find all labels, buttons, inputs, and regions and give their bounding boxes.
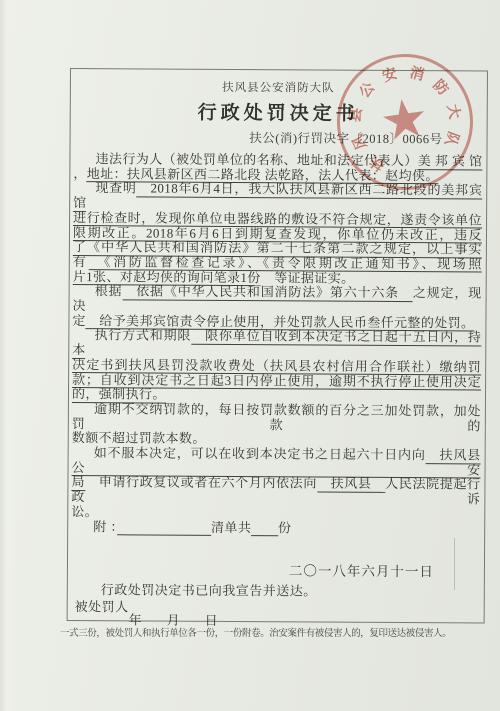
form-text: 根据: [95, 283, 123, 298]
filled-blank-text: [251, 520, 278, 537]
body-line: 逾期不交纳罚款的，每日按罚款数额的百分之三加处罚款，加处罚款的: [72, 402, 481, 434]
form-text: 附 ：: [93, 519, 117, 534]
form-text: 份: [278, 520, 291, 535]
form-text: 讼。: [71, 504, 98, 519]
body-line: 局 申请行政复议或者在六个月内依法向 扶风县 人民法院提起行政诉: [71, 475, 480, 507]
body-line: 如不服本决定，可以在收到本决定书之日起六十日内向 扶风县公安: [72, 446, 481, 478]
paper-crease: [454, 538, 455, 590]
agency-name: 扶风县公安消防大队: [74, 78, 483, 96]
photographed-document-page: 扶风县公安消防大队 行政处罚决定书 扶公(消)行罚决字〔2018〕0066号 违…: [0, 0, 500, 711]
decision-date: 二〇一八年六月十一日: [289, 559, 434, 580]
form-text: 数额不超过罚款本数。: [72, 430, 206, 446]
form-text: 有: [73, 254, 89, 269]
form-text: 逾期不交纳罚款的，每日按罚款数额的百分之三加处罚款，加处罚款的: [72, 401, 481, 433]
filled-blank-text: 依据《中华人民共和国消防法》第六十六条: [122, 284, 413, 302]
form-text: 清单共: [211, 519, 251, 534]
body-lines: 违法行为人（被处罚单位的名称、地址和法定代表人）美 邦 宾 馆，地址：扶风县新区…: [71, 152, 482, 537]
distribution-footnote: 一式三份，被处罚人和执行单位各一份，一份附卷。治安案件有被侵害人的，复印送达被侵…: [60, 625, 451, 639]
body-line: 现查明 2018年6月4日，我大队扶风县新区西二路北段的美邦宾馆: [73, 181, 482, 213]
form-text: 等证据证实。: [261, 270, 355, 286]
filled-blank-text: [117, 519, 211, 536]
body-line: 根据 依据《中华人民共和国消防法》第六十六条 之规定，现决: [72, 284, 481, 316]
form-text: 现查明: [95, 181, 136, 196]
form-text: 执行方式和期限: [94, 328, 191, 344]
document-number: 扶公(消)行罚决字〔2018〕0066号: [74, 127, 483, 147]
body-line: 附 ： 清单共 份: [71, 520, 480, 537]
punished-person-label: 被处罚人: [75, 596, 129, 615]
form-text: ，: [73, 166, 86, 181]
body-line: 执行方式和期限 限你单位自收到本决定书之日起十五日内，持本: [72, 328, 481, 360]
served-statement: 行政处罚决定书已向我宣告并送达。: [101, 579, 317, 599]
document-border-box: 扶风县公安消防大队 行政处罚决定书 扶公(消)行罚决字〔2018〕0066号 违…: [67, 68, 488, 624]
page-title: 行政处罚决定书: [74, 97, 483, 126]
form-text: 定: [72, 313, 85, 328]
